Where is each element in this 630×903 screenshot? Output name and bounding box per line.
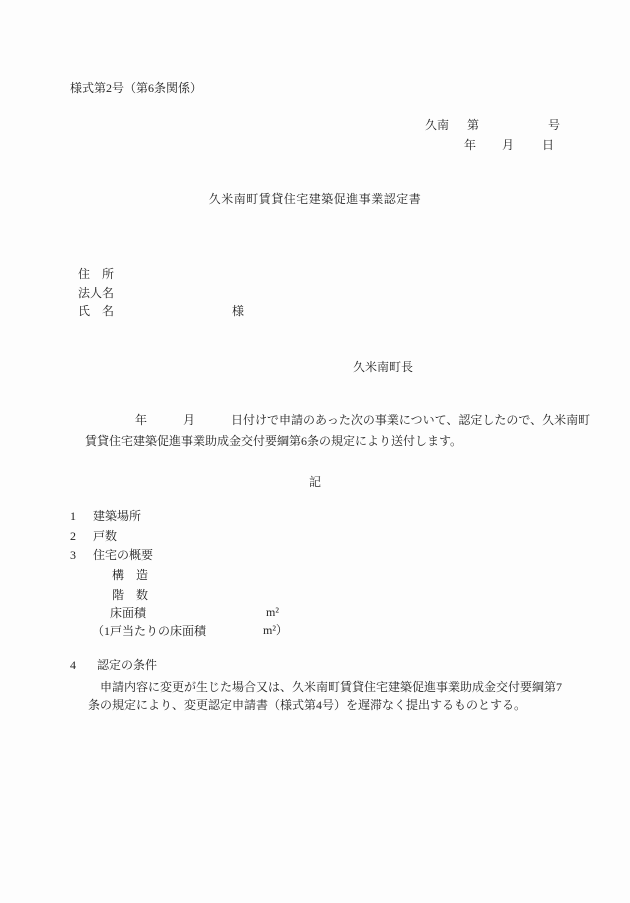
date-year-label: 年 [464,138,476,152]
item-4-number: 4 [70,658,76,672]
per-unit-area-label: （1戸当たりの床面積 [92,624,206,638]
item-3-number: 3 [70,548,76,562]
number-label: 第 [467,118,479,132]
per-unit-area-unit: m²） [263,623,288,637]
addressee-honorific: 様 [232,304,244,318]
item-4-label: 認定の条件 [97,658,157,672]
conditions-line-2: 条の規定により、変更認定申請書（様式第4号）を遅滞なく提出するものとする。 [88,698,526,712]
floors-label: 階 数 [112,588,148,602]
record-heading: 記 [0,475,630,489]
floor-area-unit: m² [266,605,279,619]
item-1-number: 1 [70,509,76,523]
item-1-label: 建築場所 [93,509,141,523]
document-title: 久米南町賃貸住宅建築促進事業認定書 [0,192,630,206]
addressee-address-label: 住 所 [78,267,114,281]
body-paragraph-line-2: 賃貸住宅建築促進事業助成金交付要綱第6条の規定により送付します。 [85,434,462,448]
office-prefix: 久南 [425,118,449,132]
form-number: 様式第2号（第6条関係） [70,81,202,95]
item-2-number: 2 [70,529,76,543]
date-month-label: 月 [502,138,514,152]
structure-label: 構 造 [112,568,148,582]
floor-area-label: 床面積 [110,606,146,620]
item-3-label: 住宅の概要 [93,548,153,562]
item-2-label: 戸数 [93,529,117,543]
number-suffix: 号 [548,118,560,132]
conditions-line-1: 申請内容に変更が生じた場合又は、久米南町賃貸住宅建築促進事業助成金交付要綱第7 [100,680,562,694]
addressee-corporation-label: 法人名 [78,286,114,300]
date-day-label: 日 [542,138,554,152]
document-page: 様式第2号（第6条関係） 久南 第 号 年 月 日 久米南町賃貸住宅建築促進事業… [0,0,630,903]
addressee-name-label: 氏 名 [78,304,114,318]
body-paragraph-line-1: 年 月 日付けで申請のあった次の事業について、認定したので、久米南町 [135,413,590,427]
issuer-name: 久米南町長 [353,360,413,374]
